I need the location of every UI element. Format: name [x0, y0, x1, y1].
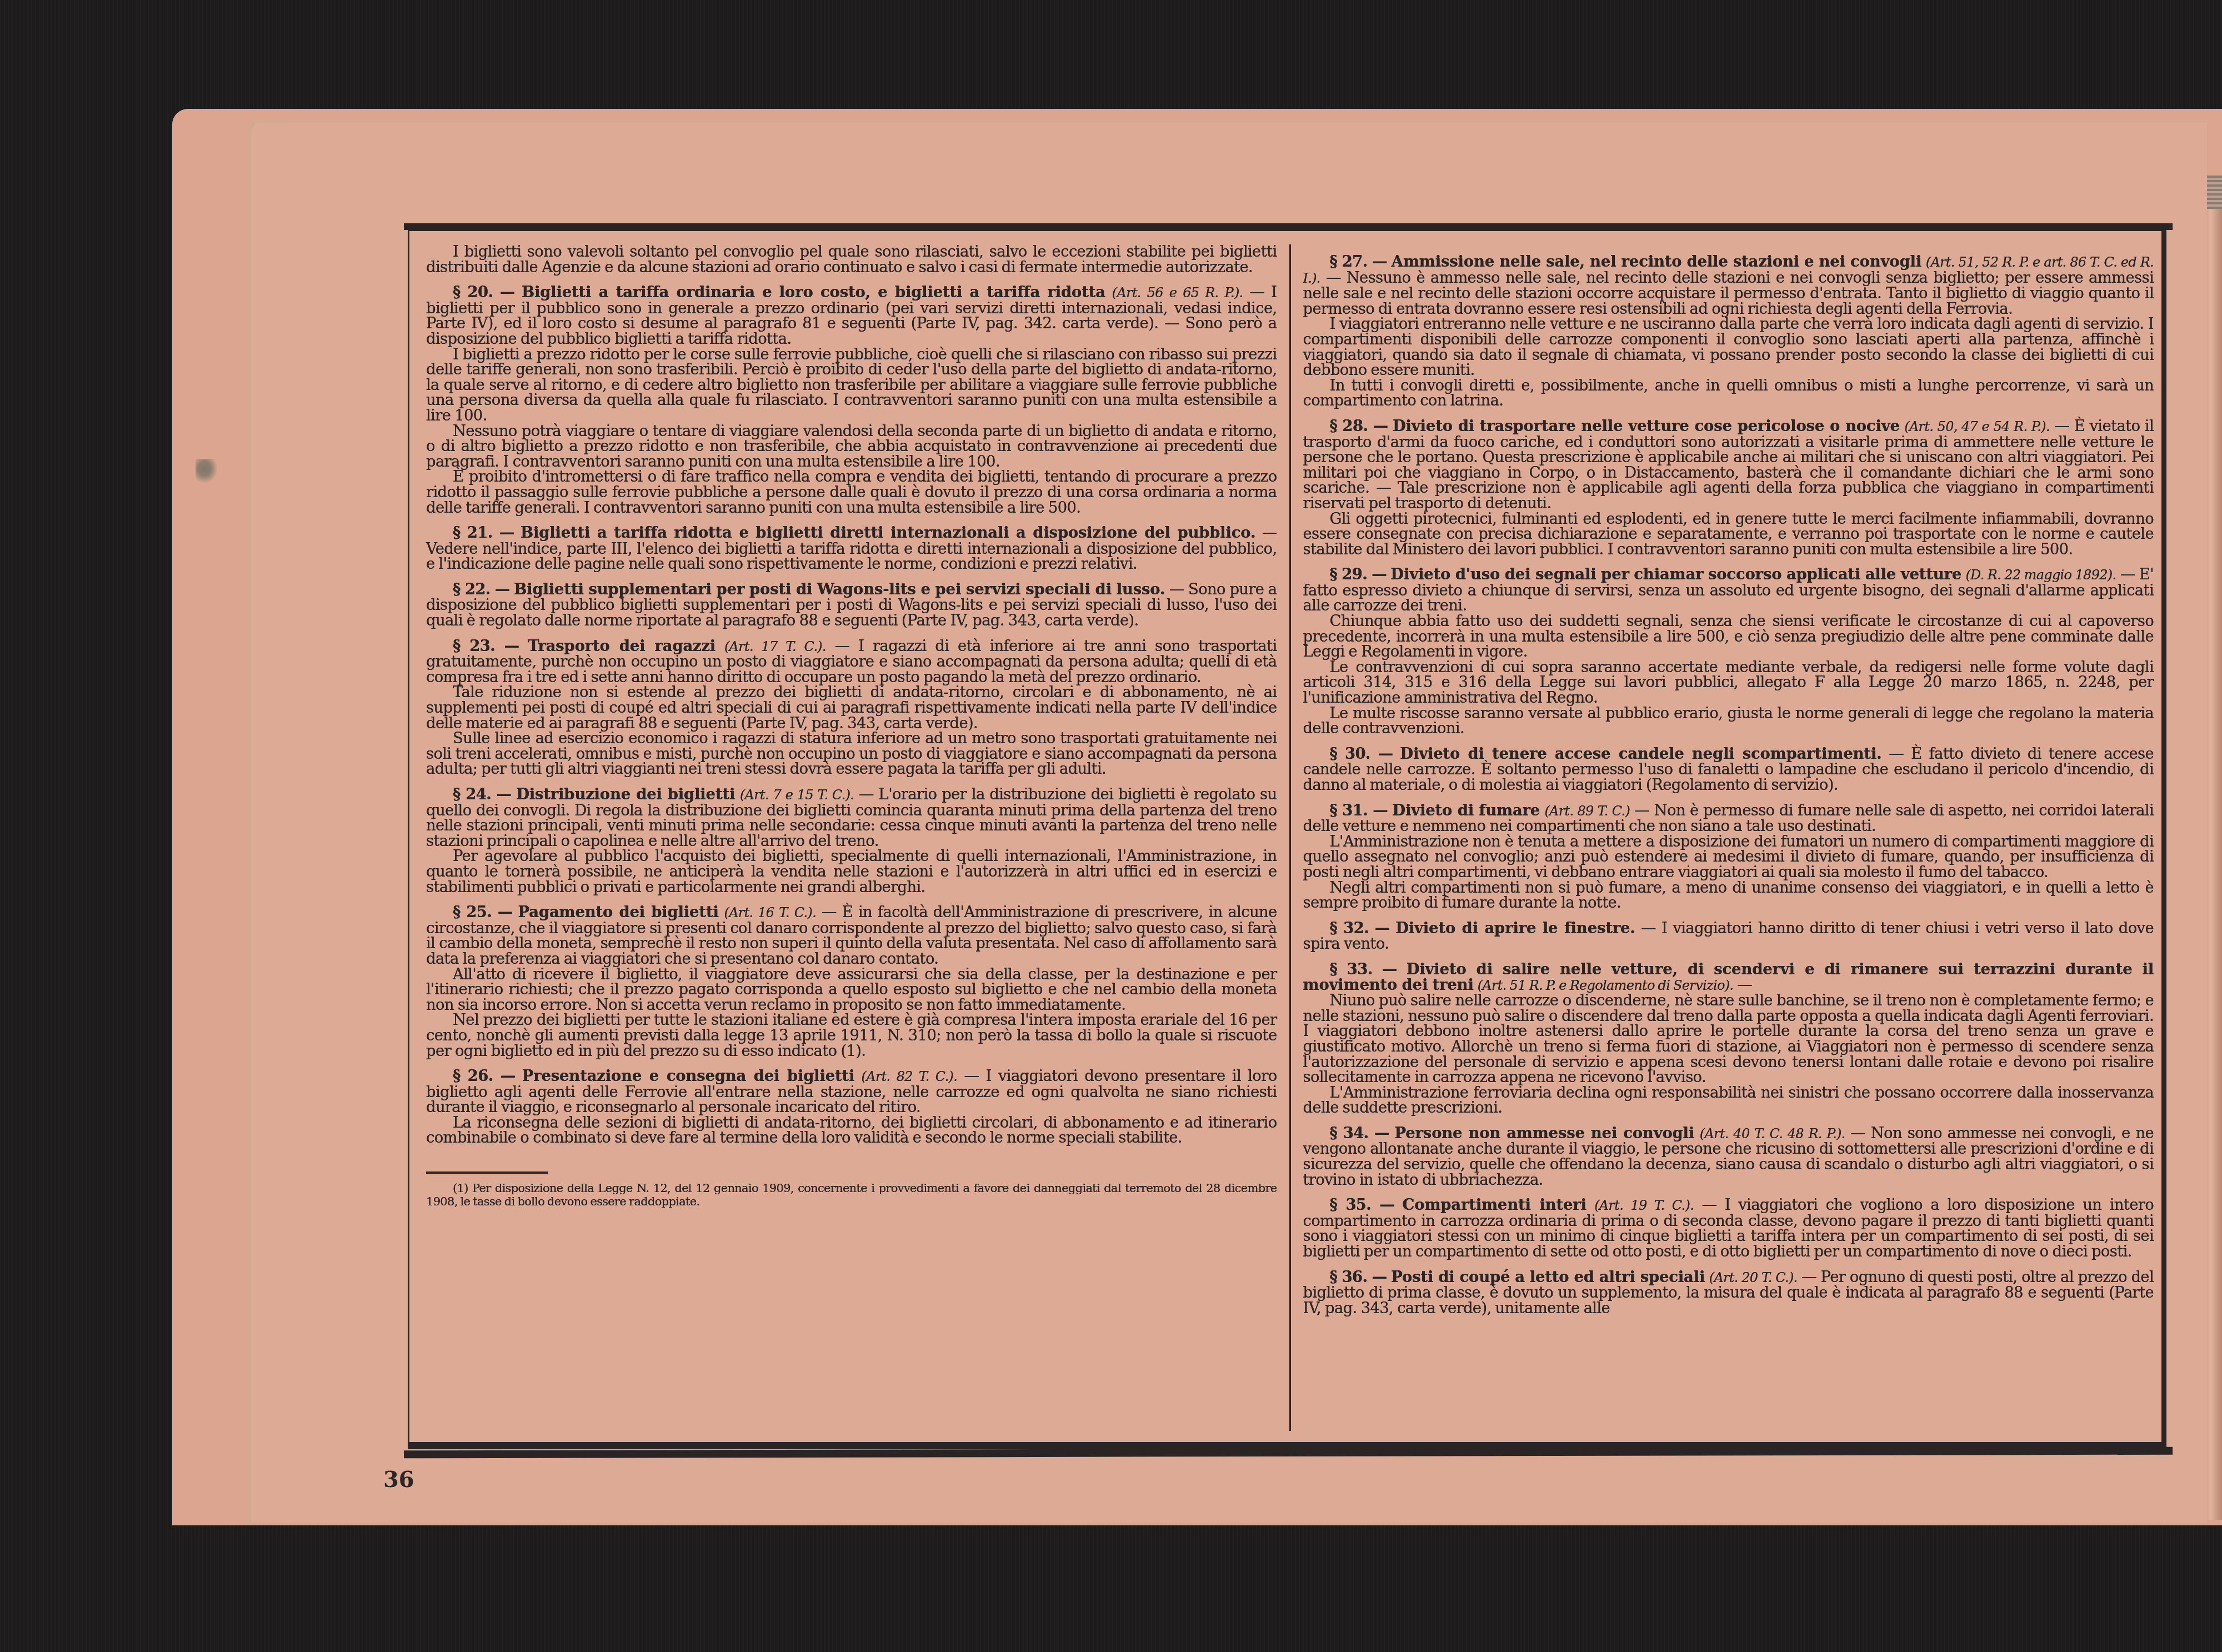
section-paragraph: L'Amministrazione non è tenuta a mettere…: [1303, 834, 2154, 880]
section-paragraph: Le contravvenzioni di cui sopra saranno …: [1303, 660, 2154, 706]
section-number: § 20. —: [453, 283, 515, 301]
section-title: Divieto d'uso dei segnali per chiamar so…: [1390, 565, 1961, 583]
section-paragraph: Per agevolare al pubblico l'acquisto dei…: [426, 849, 1277, 895]
section-number: § 21. —: [453, 524, 514, 542]
section-paragraph: Niuno può salire nelle carrozze o discen…: [1303, 993, 2154, 1085]
section-paragraph: All'atto di ricevere il biglietto, il vi…: [426, 967, 1277, 1013]
section-paragraph: Gli oggetti pirotecnici, fulminanti ed e…: [1303, 512, 2154, 558]
section-heading-paragraph: § 33. — Divieto di salire nelle vetture,…: [1303, 962, 2154, 993]
section-number: § 32. —: [1330, 919, 1390, 937]
section-title: Distribuzione dei biglietti: [516, 785, 735, 803]
section-heading-paragraph: § 23. — Trasporto dei ragazzi (Art. 17 T…: [426, 639, 1277, 685]
section-heading-paragraph: § 22. — Biglietti supplementari per post…: [426, 582, 1277, 629]
footnote-text: (1) Per disposizione della Legge N. 12, …: [426, 1182, 1277, 1208]
section-reference: (Art. 7 e 15 T. C.).: [740, 787, 854, 803]
section-number: § 27. —: [1330, 253, 1387, 271]
section-reference: (Art. 17 T. C.).: [724, 639, 826, 654]
section-reference: (Art. 50, 47 e 54 R. P.).: [1904, 419, 2050, 434]
section-title: Divieto di aprire le finestre.: [1395, 919, 1635, 937]
section-number: § 34. —: [1330, 1124, 1389, 1142]
section-paragraph: I viaggiatori entreranno nelle vetture e…: [1303, 317, 2154, 378]
section-heading-paragraph: § 36. — Posti di coupé a letto ed altri …: [1303, 1270, 2154, 1316]
section-number: § 31. —: [1330, 802, 1388, 819]
section-paragraph: Negli altri compartimenti non si può fum…: [1303, 880, 2154, 911]
section-reference: (D. R. 22 maggio 1892).: [1965, 567, 2116, 583]
footnote-rule: [426, 1172, 548, 1174]
section-reference: (Art. 89 T. C.): [1544, 803, 1630, 819]
section-paragraph: Nel prezzo dei biglietti per tutte le st…: [426, 1013, 1277, 1059]
section-paragraph: Nessuno potrà viaggiare o tentare di via…: [426, 424, 1277, 470]
section-heading-paragraph: § 32. — Divieto di aprire le finestre. —…: [1303, 921, 2154, 952]
text-frame: I biglietti sono valevoli soltanto pel c…: [408, 229, 2166, 1449]
section-paragraph: La riconsegna delle sezioni di biglietti…: [426, 1115, 1277, 1146]
section-reference: (Art. 56 e 65 R. P.).: [1112, 285, 1243, 301]
section-heading-paragraph: § 26. — Presentazione e consegna dei big…: [426, 1069, 1277, 1115]
section-heading-paragraph: § 34. — Persone non ammesse nei convogli…: [1303, 1126, 2154, 1188]
section-paragraph: Tale riduzione non si estende al prezzo …: [426, 685, 1277, 731]
section-reference: (Art. 40 T. C. 48 R. P.).: [1700, 1126, 1845, 1142]
section-paragraph: I biglietti a prezzo ridotto per le cors…: [426, 347, 1277, 424]
ink-stain-icon: [196, 459, 218, 483]
section-body: — Nessuno è ammesso nelle sale, nel reci…: [1303, 269, 2154, 318]
two-column-body: I biglietti sono valevoli soltanto pel c…: [426, 244, 2154, 1431]
section-paragraph: L'Amministrazione ferroviaria declina og…: [1303, 1085, 2154, 1116]
section-heading-paragraph: § 25. — Pagamento dei biglietti (Art. 16…: [426, 905, 1277, 967]
section-reference: (Art. 16 T. C.).: [724, 905, 817, 920]
section-title: Posti di coupé a letto ed altri speciali: [1391, 1268, 1705, 1286]
section-number: § 35. —: [1330, 1196, 1395, 1214]
section-heading-paragraph: § 24. — Distribuzione dei biglietti (Art…: [426, 787, 1277, 849]
intro-paragraph: I biglietti sono valevoli soltanto pel c…: [426, 244, 1277, 275]
section-title: Biglietti a tariffa ridotta e biglietti …: [521, 524, 1255, 542]
right-sections: § 27. — Ammissione nelle sale, nel recin…: [1303, 254, 2154, 1316]
section-title: Trasporto dei ragazzi: [528, 637, 715, 655]
section-number: § 29. —: [1330, 565, 1387, 583]
section-heading-paragraph: § 31. — Divieto di fumare (Art. 89 T. C.…: [1303, 803, 2154, 834]
section-title: Pagamento dei biglietti: [518, 903, 719, 921]
page-number: 36: [383, 1466, 414, 1493]
section-title: Divieto di trasportare nelle vetture cos…: [1393, 417, 1900, 435]
section-reference: (Art. 19 T. C.).: [1594, 1198, 1694, 1213]
section-heading-paragraph: § 20. — Biglietti a tariffa ordinaria e …: [426, 285, 1277, 347]
section-body: —: [1737, 976, 1752, 994]
section-heading-paragraph: § 27. — Ammissione nelle sale, nel recin…: [1303, 254, 2154, 317]
right-column: § 27. — Ammissione nelle sale, nel recin…: [1289, 244, 2154, 1431]
section-number: § 25. —: [453, 903, 513, 921]
footnote: (1) Per disposizione della Legge N. 12, …: [426, 1172, 1277, 1208]
section-reference: (Art. 82 T. C.).: [862, 1069, 958, 1084]
section-paragraph: Sulle linee ad esercizio economico i rag…: [426, 731, 1277, 777]
section-title: Biglietti supplementari per posti di Wag…: [514, 580, 1165, 598]
section-reference: (Art. 51 R. P. e Regolamento di Servizio…: [1478, 978, 1734, 993]
section-number: § 26. —: [453, 1067, 515, 1085]
section-number: § 22. —: [453, 580, 510, 598]
section-title: Persone non ammesse nei convogli: [1395, 1124, 1695, 1142]
section-paragraph: In tutti i convogli diretti e, possibilm…: [1303, 378, 2154, 409]
left-column: I biglietti sono valevoli soltanto pel c…: [426, 244, 1289, 1431]
section-heading-paragraph: § 21. — Biglietti a tariffa ridotta e bi…: [426, 525, 1277, 572]
section-paragraph: Chiunque abbia fatto uso dei suddetti se…: [1303, 614, 2154, 660]
section-reference: (Art. 20 T. C.).: [1709, 1270, 1798, 1285]
section-heading-paragraph: § 28. — Divieto di trasportare nelle vet…: [1303, 419, 2154, 512]
section-title: Presentazione e consegna dei biglietti: [522, 1067, 855, 1085]
section-title: Compartimenti interi: [1403, 1196, 1587, 1214]
section-title: Ammissione nelle sale, nel recinto delle…: [1392, 253, 1921, 271]
section-number: § 28. —: [1330, 417, 1388, 435]
section-paragraph: È proibito d'intromettersi o di fare tra…: [426, 469, 1277, 515]
section-heading-paragraph: § 35. — Compartimenti interi (Art. 19 T.…: [1303, 1198, 2154, 1259]
section-title: Divieto di tenere accese candele negli s…: [1400, 745, 1881, 763]
section-number: § 30. —: [1330, 745, 1393, 763]
section-title: Divieto di fumare: [1392, 802, 1540, 819]
section-number: § 23. —: [453, 637, 519, 655]
left-sections: § 20. — Biglietti a tariffa ordinaria e …: [426, 285, 1277, 1146]
section-number: § 24. —: [453, 785, 511, 803]
section-heading-paragraph: § 30. — Divieto di tenere accese candele…: [1303, 747, 2154, 793]
section-title: Biglietti a tariffa ordinaria e loro cos…: [522, 283, 1105, 301]
section-number: § 36. —: [1330, 1268, 1387, 1286]
section-paragraph: Le multe riscosse saranno versate al pub…: [1303, 706, 2154, 737]
section-heading-paragraph: § 29. — Divieto d'uso dei segnali per ch…: [1303, 567, 2154, 614]
